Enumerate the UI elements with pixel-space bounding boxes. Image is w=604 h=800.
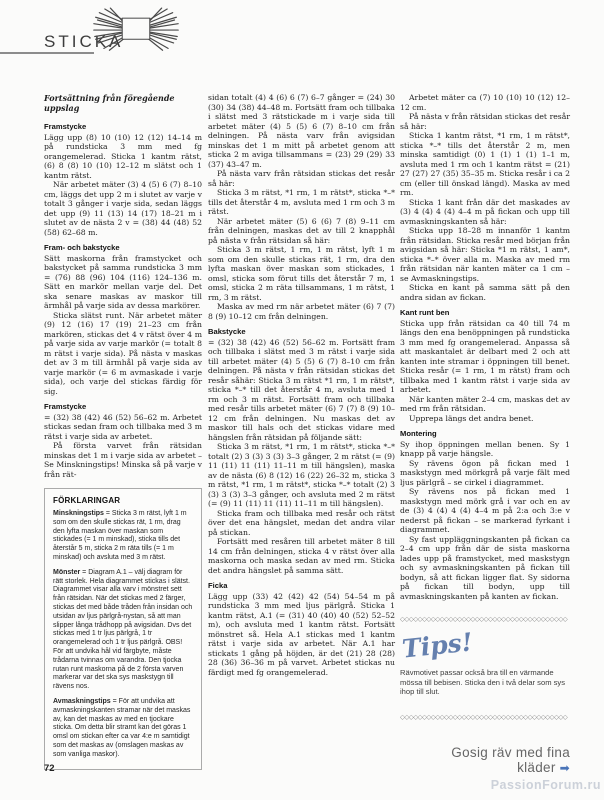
paragraph: sidan totalt (4) 4 (6) 6 (7) 6–7 gånger …	[208, 93, 395, 169]
column-right: Arbetet mäter ca (7) 10 (10) 10 (12) 12–…	[400, 93, 570, 775]
paragraph: På första varvet från rätsidan minskas d…	[44, 441, 202, 479]
paragraph: Fortsätt med resåren till arbetet mäter …	[208, 537, 395, 575]
explanation-entry: Minskningstips = Sticka 3 m rätst, lyft …	[53, 510, 193, 563]
yarn-skein-icon	[92, 6, 180, 56]
paragraph: = (32) 38 (42) 46 (52) 56–62 m. Arbetet …	[44, 413, 202, 442]
paragraph: På nästa v från rätsidan stickas det res…	[400, 112, 570, 131]
explanation-entry: Mönster = Diagram A.1 – välj diagram för…	[53, 569, 193, 692]
paragraph: Lägg upp (33) 42 (42) 42 (54) 54–54 m på…	[208, 592, 395, 678]
paragraph: Sticka 1 kant från där det maskades av (…	[400, 198, 570, 227]
arrow-right-icon: ➡	[560, 761, 570, 775]
section-heading: Bakstycke	[208, 327, 395, 336]
explanations-box: FÖRKLARINGAR Minskningstips = Sticka 3 m…	[44, 488, 202, 770]
tips-text: Rävmotivet passar också bra till en värm…	[400, 668, 570, 697]
paragraph: Sy fast uppläggningskanten på fickan ca …	[400, 535, 570, 602]
next-article-label: Gosig räv med fina kläder	[451, 745, 570, 775]
paragraph: Sticka 3 m rätst, 1 rm, 1 m rätst, lyft …	[208, 245, 395, 302]
continuation-note: Fortsättning från föregående uppslag	[44, 93, 202, 113]
chain-divider: ◇◇◇◇◇◇◇◇◇◇◇◇◇◇◇◇◇◇◇◇◇◇◇◇◇◇◇◇◇◇◇◇◇◇◇◇◇◇	[400, 615, 570, 623]
tips-title: Tips!	[401, 627, 474, 663]
paragraph: = (32) 38 (42) 46 (52) 56–62 m. Fortsätt…	[208, 338, 395, 443]
section-heading: Kant runt ben	[400, 308, 570, 317]
section-heading: Ficka	[208, 581, 395, 590]
next-article-teaser: Gosig räv med fina kläder➡	[400, 745, 570, 775]
paragraph: När arbetet mäter (5) 6 (6) 7 (8) 9–11 c…	[208, 217, 395, 246]
watermark: PassionForum.ru	[491, 778, 601, 792]
paragraph: Upprepa längs det andra benet.	[400, 414, 570, 424]
column-left: Fortsättning från föregående uppslagFram…	[44, 93, 202, 770]
magazine-page: STICKA Fortsättning från föregående upps…	[0, 0, 604, 800]
page-number: 72	[44, 763, 55, 774]
section-heading: Montering	[400, 429, 570, 438]
paragraph: Sy rävens ögon på fickan med 1 maskstygn…	[400, 459, 570, 488]
header-rule	[0, 52, 94, 54]
paragraph: På nästa varv från rätsidan stickas det …	[208, 169, 395, 188]
paragraph: Sy ihop öppningen mellan benen. Sy 1 kna…	[400, 440, 570, 459]
paragraph: Sticka fram och tillbaka med resår och r…	[208, 509, 395, 538]
paragraph: Sticka upp 18–28 m innanför 1 kantm från…	[400, 226, 570, 283]
paragraph: Sy rävens nos på fickan med 1 maskstygn …	[400, 487, 570, 535]
column-middle: sidan totalt (4) 4 (6) 6 (7) 6–7 gånger …	[208, 93, 395, 677]
explanation-entry: Avmaskningstips = För att undvika att av…	[53, 698, 193, 760]
section-heading: Fram- och bakstycke	[44, 243, 202, 252]
column-left-text: Fortsättning från föregående uppslagFram…	[44, 93, 202, 479]
column-right-text: Arbetet mäter ca (7) 10 (10) 10 (12) 12–…	[400, 93, 570, 601]
paragraph: Sticka 1 kantm rätst, *1 rm, 1 m rätst*,…	[400, 131, 570, 198]
chain-divider: ◇◇◇◇◇◇◇◇◇◇◇◇◇◇◇◇◇◇◇◇◇◇◇◇◇◇◇◇◇◇◇◇◇◇◇◇◇◇	[400, 713, 570, 721]
section-heading: Framstycke	[44, 122, 202, 131]
paragraph: Lägg upp (8) 10 (10) 12 (12) 14–14 m på …	[44, 133, 202, 181]
paragraph: När kanten mäter 2–4 cm, maskas det av m…	[400, 395, 570, 414]
paragraph: När arbetet mäter (3) 4 (5) 6 (7) 8–10 c…	[44, 180, 202, 237]
paragraph: Sticka 3 m rätst, *1 rm, 1 m rätst*, sti…	[208, 188, 395, 217]
paragraph: Sticka en kant på samma sätt på den andr…	[400, 283, 570, 302]
paragraph: Sticka slätst runt. När arbetet mäter (9…	[44, 311, 202, 397]
section-heading: Framstycke	[44, 402, 202, 411]
paragraph: Sticka 3 m rätst, *1 rm, 1 m rätst*, sti…	[208, 442, 395, 509]
paragraph: Sticka upp från rätsidan ca 40 till 74 m…	[400, 319, 570, 395]
paragraph: Maska av med rm när arbetet mäter (6) 7 …	[208, 302, 395, 321]
explanations-box-title: FÖRKLARINGAR	[53, 496, 193, 505]
explanations-box-body: Minskningstips = Sticka 3 m rätst, lyft …	[53, 510, 193, 760]
column-middle-text: sidan totalt (4) 4 (6) 6 (7) 6–7 gånger …	[208, 93, 395, 677]
paragraph: Arbetet mäter ca (7) 10 (10) 10 (12) 12–…	[400, 93, 570, 112]
paragraph: Sätt maskorna från framstycket och bakst…	[44, 254, 202, 311]
